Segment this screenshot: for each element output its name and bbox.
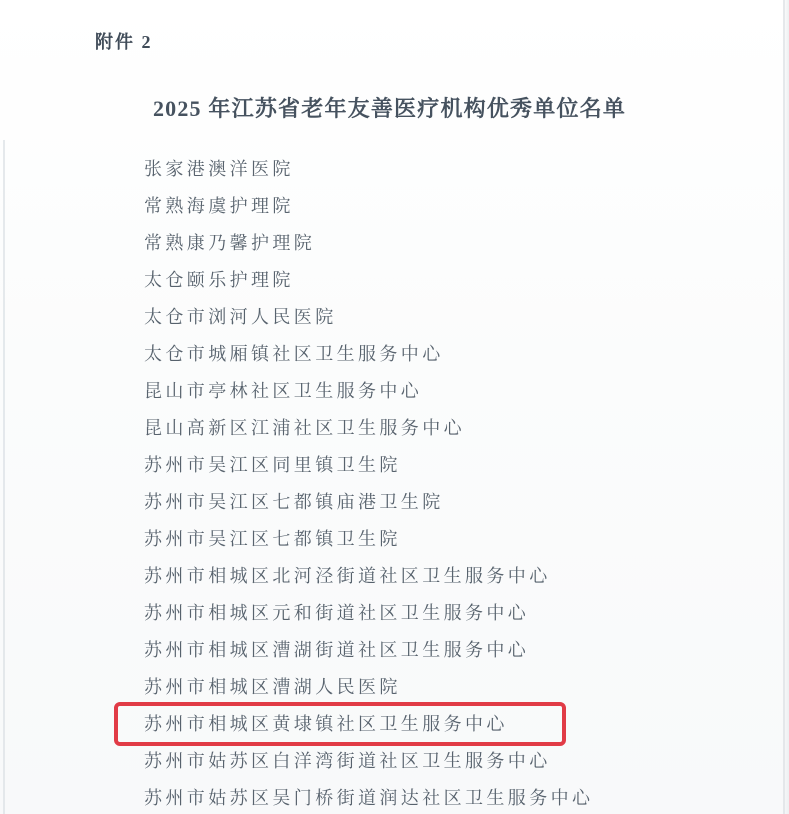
list-item: 太仓颐乐护理院	[0, 262, 789, 299]
list-item: 苏州市相城区黄埭镇社区卫生服务中心	[0, 706, 789, 743]
page-edge-left	[3, 140, 5, 814]
institution-name: 苏州市吴江区同里镇卫生院	[144, 455, 401, 475]
list-item: 太仓市浏河人民医院	[0, 299, 789, 336]
list-item: 苏州市相城区漕湖街道社区卫生服务中心	[0, 632, 789, 669]
list-item: 太仓市城厢镇社区卫生服务中心	[0, 336, 789, 373]
institution-name: 苏州市吴江区七都镇卫生院	[144, 529, 401, 549]
list-item: 苏州市吴江区七都镇卫生院	[0, 521, 789, 558]
list-item: 苏州市吴江区同里镇卫生院	[0, 447, 789, 484]
institution-name: 苏州市吴江区七都镇庙港卫生院	[144, 492, 444, 512]
institution-name: 苏州市相城区漕湖人民医院	[144, 677, 401, 697]
list-item: 常熟海虞护理院	[0, 188, 789, 225]
page-title: 2025 年江苏省老年友善医疗机构优秀单位名单	[0, 92, 779, 123]
institution-name: 苏州市姑苏区白洋湾街道社区卫生服务中心	[144, 751, 551, 771]
list-item: 苏州市姑苏区白洋湾街道社区卫生服务中心	[0, 743, 789, 780]
institution-name: 昆山市亭林社区卫生服务中心	[144, 381, 422, 401]
list-item: 苏州市相城区漕湖人民医院	[0, 669, 789, 706]
document-page: 附件 2 2025 年江苏省老年友善医疗机构优秀单位名单 张家港澳洋医院 常熟海…	[0, 0, 789, 814]
list-item: 昆山高新区江浦社区卫生服务中心	[0, 410, 789, 447]
institution-name: 昆山高新区江浦社区卫生服务中心	[144, 418, 465, 438]
institution-name: 太仓颐乐护理院	[144, 270, 294, 290]
institution-name: 太仓市城厢镇社区卫生服务中心	[144, 344, 444, 364]
attachment-label: 附件 2	[95, 28, 153, 54]
list-item: 苏州市姑苏区吴门桥街道润达社区卫生服务中心	[0, 780, 789, 814]
institution-list: 张家港澳洋医院 常熟海虞护理院 常熟康乃馨护理院 太仓颐乐护理院 太仓市浏河人民…	[0, 151, 789, 814]
institution-name: 常熟海虞护理院	[144, 196, 294, 216]
institution-name: 苏州市相城区漕湖街道社区卫生服务中心	[144, 640, 529, 660]
institution-name: 苏州市姑苏区吴门桥街道润达社区卫生服务中心	[144, 788, 593, 808]
institution-name: 苏州市相城区元和街道社区卫生服务中心	[144, 603, 529, 623]
list-item: 张家港澳洋医院	[0, 151, 789, 188]
list-item: 苏州市相城区元和街道社区卫生服务中心	[0, 595, 789, 632]
page-edge-right	[783, 0, 785, 814]
list-item: 苏州市相城区北河泾街道社区卫生服务中心	[0, 558, 789, 595]
institution-name: 太仓市浏河人民医院	[144, 307, 337, 327]
institution-name: 常熟康乃馨护理院	[144, 233, 315, 253]
institution-name: 苏州市相城区黄埭镇社区卫生服务中心	[144, 714, 508, 734]
list-item: 苏州市吴江区七都镇庙港卫生院	[0, 484, 789, 521]
page-content: 附件 2 2025 年江苏省老年友善医疗机构优秀单位名单 张家港澳洋医院 常熟海…	[0, 0, 789, 814]
list-item: 昆山市亭林社区卫生服务中心	[0, 373, 789, 410]
list-item: 常熟康乃馨护理院	[0, 225, 789, 262]
institution-name: 张家港澳洋医院	[144, 159, 294, 179]
institution-name: 苏州市相城区北河泾街道社区卫生服务中心	[144, 566, 551, 586]
